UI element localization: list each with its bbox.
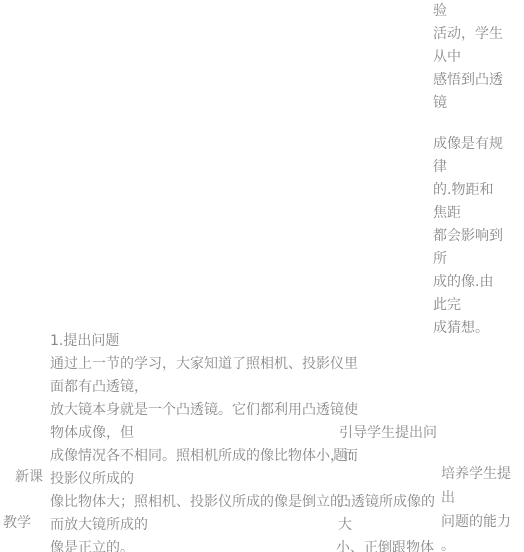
notes-line: 律	[433, 156, 447, 179]
notes-line: 活动，学生	[433, 23, 503, 46]
intent-line: 出	[441, 487, 455, 510]
notes-line: 成的像.由	[433, 271, 493, 294]
guidance-line: 题：	[333, 445, 361, 468]
intent-line: 。	[441, 535, 455, 552]
content-line: 面都有凸透镜，	[50, 376, 148, 399]
notes-line: 验	[433, 0, 447, 23]
notes-line: 焦距	[433, 202, 461, 225]
document-page: 验 活动，学生 从中 感悟到凸透 镜 成像是有规 律 的.物距和 焦距 都会影响…	[0, 0, 524, 552]
notes-line: 成像是有规	[433, 133, 503, 156]
notes-line: 感悟到凸透	[433, 69, 503, 92]
guidance-line: 大	[338, 514, 352, 537]
content-line: 而放大镜所成的	[50, 514, 148, 537]
guidance-line: 小、正倒跟物体	[336, 537, 434, 552]
notes-line: 此完	[433, 294, 461, 317]
notes-line: 的.物距和	[433, 179, 493, 202]
notes-line: 从中	[433, 46, 461, 69]
notes-line: 都会影响到	[433, 225, 503, 248]
stage-label-line2: 教学	[3, 512, 31, 535]
guidance-line: 凸透镜所成像的	[337, 491, 435, 514]
notes-line: 成猜想。	[433, 317, 489, 340]
intent-line: 培养学生提	[441, 463, 511, 486]
content-line: 放大镜本身就是一个凸透镜。它们都利用凸透镜使	[50, 399, 358, 422]
notes-line: 镜	[433, 92, 447, 115]
content-line: 物体成像，但	[50, 422, 134, 445]
content-line: 成像情况各不相同。照相机所成的像比物体小，而	[50, 445, 358, 468]
content-line: 投影仪所成的	[50, 468, 134, 491]
stage-label-line1: 新课	[15, 466, 43, 489]
content-line: 1.提出问题	[50, 330, 119, 353]
content-line: 像比物体大；照相机、投影仪所成的像是倒立的.	[50, 491, 348, 514]
notes-line: 所	[433, 248, 447, 271]
guidance-line: 引导学生提出问	[339, 422, 437, 445]
content-line: 通过上一节的学习，大家知道了照相机、投影仪里	[50, 353, 358, 376]
content-line: 像是正立的。	[50, 537, 134, 552]
intent-line: 问题的能力	[441, 511, 511, 534]
